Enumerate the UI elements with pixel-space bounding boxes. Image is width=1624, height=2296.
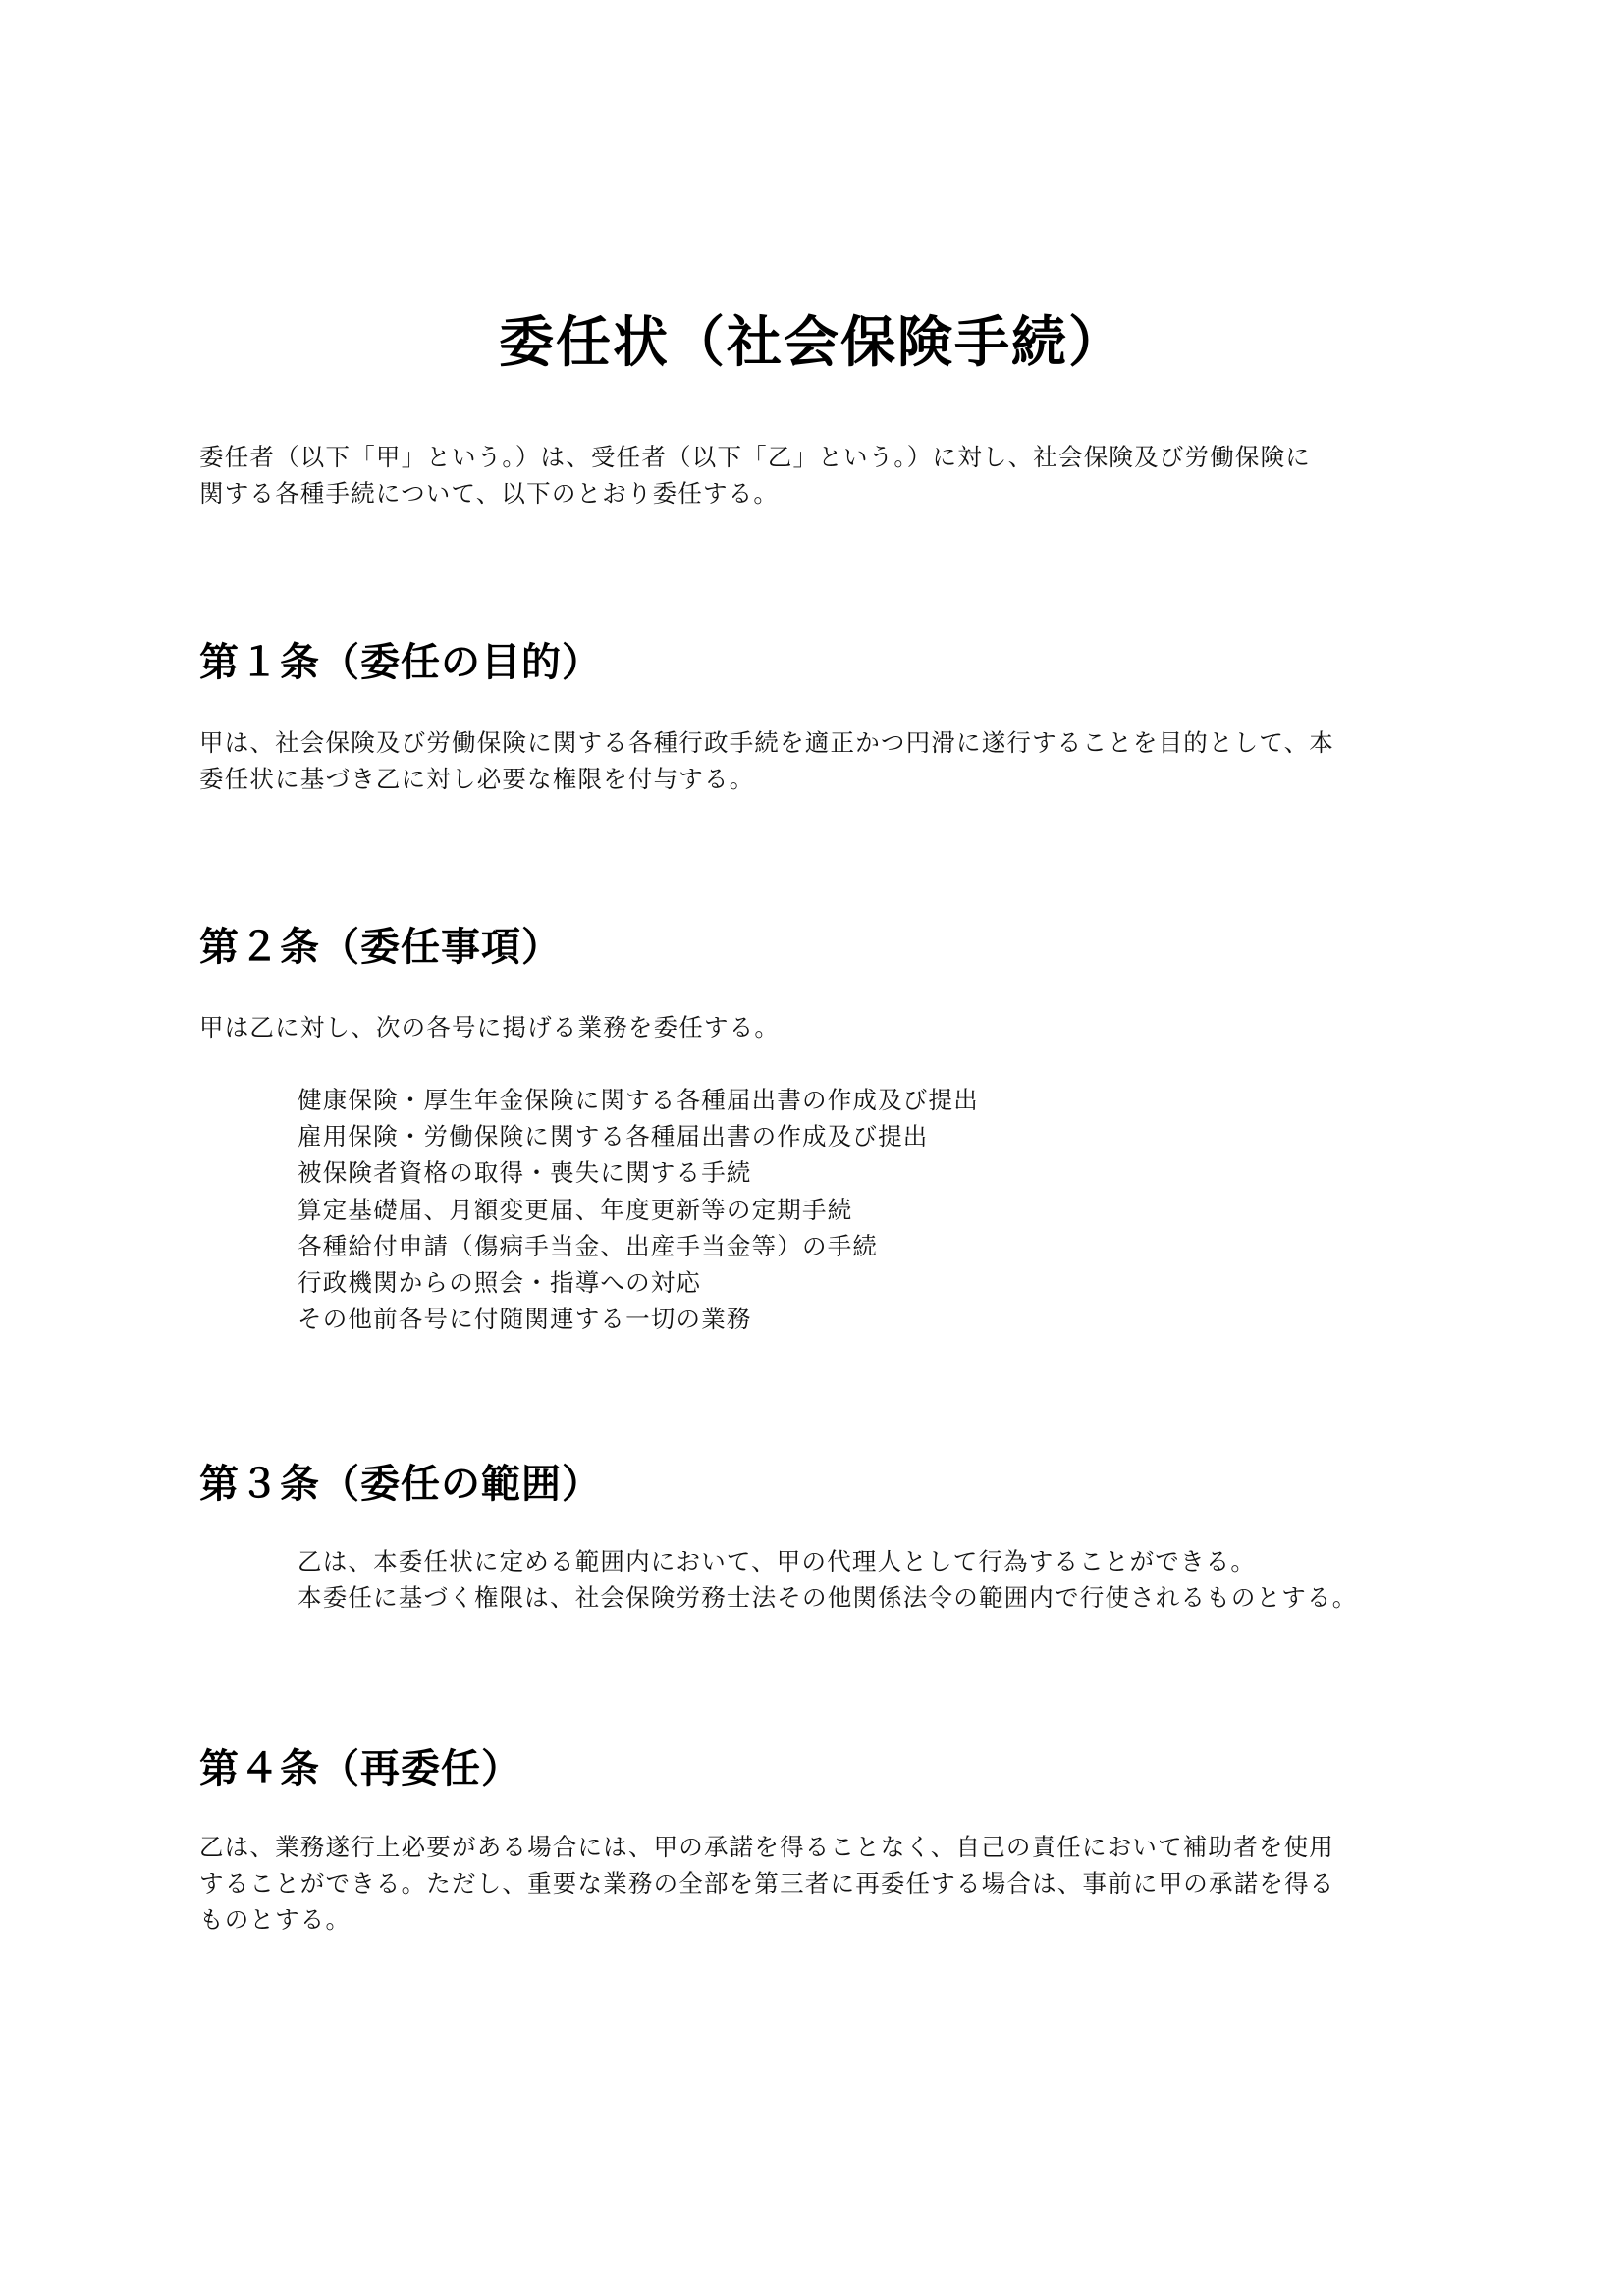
article-3-body-line: 本委任に基づく権限は、社会保険労務士法その他関係法令の範囲内で行使されるものとす… (298, 1579, 1357, 1616)
article-3-heading: 第３条（委任の範囲） (199, 1455, 602, 1514)
document-page: 委任状（社会保険手続） 委任者（以下「甲」という。）は、受任者（以下「乙」という… (0, 0, 1624, 2296)
article-3-body: 乙は、本委任状に定める範囲内において、甲の代理人として行為することができる。 本… (298, 1543, 1357, 1616)
article-1-heading: 第１条（委任の目的） (199, 633, 602, 692)
article-4-body-line: することができる。ただし、重要な業務の全部を第三者に再委任する場合は、事前に甲の… (199, 1865, 1446, 1901)
article-2-item-list: 健康保険・厚生年金保険に関する各種届出書の作成及び提出 雇用保険・労働保険に関す… (298, 1082, 979, 1337)
article-4-body: 乙は、業務遂行上必要がある場合には、甲の承諾を得ることなく、自己の責任において補… (199, 1829, 1446, 1938)
list-item: 各種給付申請（傷病手当金、出産手当金等）の手続 (298, 1228, 979, 1264)
article-4-heading: 第４条（再委任） (199, 1739, 521, 1798)
article-4-body-line: ものとする。 (199, 1901, 1446, 1938)
article-1-body-line: 委任状に基づき乙に対し必要な権限を付与する。 (199, 761, 1446, 797)
article-1-body: 甲は、社会保険及び労働保険に関する各種行政手続を適正かつ円滑に遂行することを目的… (199, 724, 1446, 797)
list-item: 行政機関からの照会・指導への対応 (298, 1264, 979, 1301)
preamble-line: 委任者（以下「甲」という。）は、受任者（以下「乙」という。）に対し、社会保険及び… (199, 439, 1446, 475)
article-2-body-line: 甲は乙に対し、次の各号に掲げる業務を委任する。 (199, 1009, 1446, 1045)
article-2-body: 甲は乙に対し、次の各号に掲げる業務を委任する。 (199, 1009, 1446, 1045)
list-item: 被保険者資格の取得・喪失に関する手続 (298, 1154, 979, 1191)
article-4-body-line: 乙は、業務遂行上必要がある場合には、甲の承諾を得ることなく、自己の責任において補… (199, 1829, 1446, 1865)
preamble-line: 関する各種手続について、以下のとおり委任する。 (199, 475, 1446, 511)
preamble: 委任者（以下「甲」という。）は、受任者（以下「乙」という。）に対し、社会保険及び… (199, 439, 1446, 511)
list-item: その他前各号に付随関連する一切の業務 (298, 1301, 979, 1337)
document-title: 委任状（社会保険手続） (0, 304, 1624, 383)
article-1-body-line: 甲は、社会保険及び労働保険に関する各種行政手続を適正かつ円滑に遂行することを目的… (199, 724, 1446, 761)
list-item: 雇用保険・労働保険に関する各種届出書の作成及び提出 (298, 1118, 979, 1154)
list-item: 算定基礎届、月額変更届、年度更新等の定期手続 (298, 1192, 979, 1228)
list-item: 健康保険・厚生年金保険に関する各種届出書の作成及び提出 (298, 1082, 979, 1118)
article-3-body-line: 乙は、本委任状に定める範囲内において、甲の代理人として行為することができる。 (298, 1543, 1357, 1579)
article-2-heading: 第２条（委任事項） (199, 918, 562, 977)
